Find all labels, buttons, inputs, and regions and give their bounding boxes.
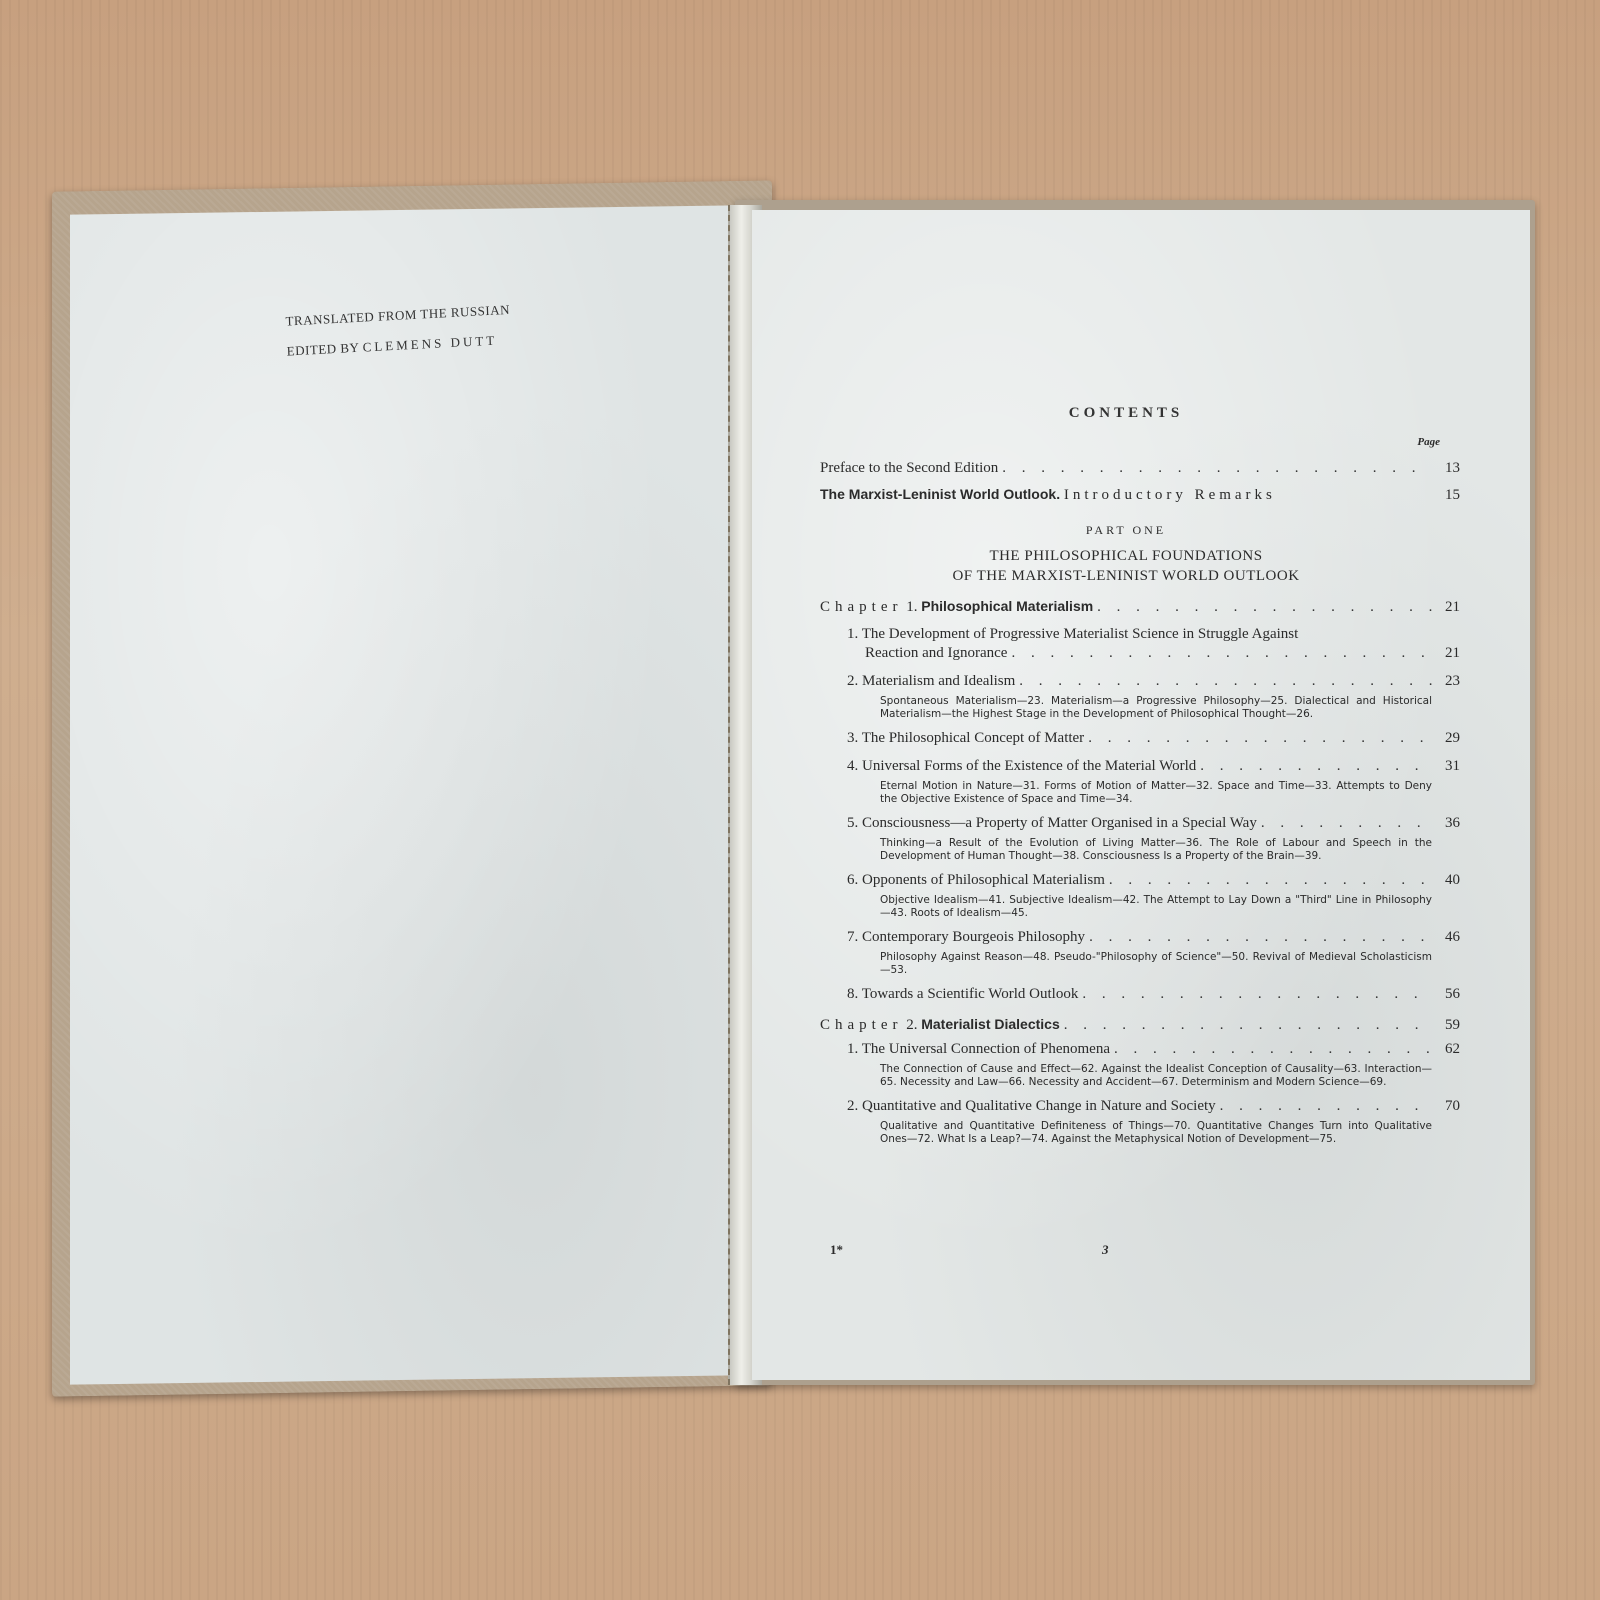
section-title: 5. Consciousness—a Property of Matter Or… bbox=[847, 813, 1257, 833]
section-title-line-2-row: Reaction and Ignorance 21 bbox=[847, 643, 1432, 663]
section-title: 2. Quantitative and Qualitative Change i… bbox=[847, 1096, 1216, 1116]
translation-credit: TRANSLATED FROM THE RUSSIAN EDITED BY CL… bbox=[285, 295, 512, 367]
left-page: TRANSLATED FROM THE RUSSIAN EDITED BY CL… bbox=[70, 205, 735, 1384]
section-page: 56 bbox=[1436, 984, 1460, 1004]
signature-mark: 1* bbox=[830, 1242, 843, 1258]
section-page: 36 bbox=[1436, 813, 1460, 833]
section-subtopics: The Connection of Cause and Effect—62. A… bbox=[847, 1063, 1432, 1088]
section-row: 7. Contemporary Bourgeois Philosophy 46 bbox=[847, 927, 1432, 947]
section-page: 23 bbox=[1436, 671, 1460, 691]
section-row: 8. Towards a Scientific World Outlook 56 bbox=[847, 984, 1432, 1004]
leader-dots bbox=[1261, 813, 1432, 833]
section-title-line-2: Reaction and Ignorance bbox=[865, 643, 1007, 663]
section-title: 2. Materialism and Idealism bbox=[847, 671, 1015, 691]
toc-chapter-1: Chapter 1. Philosophical Materialism 21 bbox=[820, 596, 1432, 617]
entry-page: 15 bbox=[1436, 485, 1460, 505]
entry-title-spaced: Introductory Remarks bbox=[1064, 487, 1276, 503]
right-page-contents: CONTENTS Page Preface to the Second Edit… bbox=[752, 210, 1530, 1380]
section-row: 6. Opponents of Philosophical Materialis… bbox=[847, 870, 1432, 890]
section-page: 62 bbox=[1436, 1039, 1460, 1059]
toc-section: 8. Towards a Scientific World Outlook 56 bbox=[820, 984, 1432, 1004]
edited-by-prefix: EDITED BY bbox=[286, 340, 359, 359]
toc-section: 2. Materialism and Idealism 23 Spontaneo… bbox=[820, 671, 1432, 720]
toc-section: 7. Contemporary Bourgeois Philosophy 46 … bbox=[820, 927, 1432, 976]
toc-entry-preface: Preface to the Second Edition 13 bbox=[820, 458, 1432, 478]
section-page: 46 bbox=[1436, 927, 1460, 947]
section-row: 5. Consciousness—a Property of Matter Or… bbox=[847, 813, 1432, 833]
chapter-name: Materialist Dialectics bbox=[921, 1016, 1060, 1032]
section-subtopics: Eternal Motion in Nature—31. Forms of Mo… bbox=[847, 780, 1432, 805]
page-number: 3 bbox=[1102, 1242, 1109, 1258]
part-title: THE PHILOSOPHICAL FOUNDATIONS OF THE MAR… bbox=[820, 546, 1432, 586]
part-title-line-1: THE PHILOSOPHICAL FOUNDATIONS bbox=[820, 546, 1432, 566]
entry-title: The Marxist-Leninist World Outlook. Intr… bbox=[820, 484, 1276, 505]
leader-dots bbox=[1200, 756, 1432, 776]
leader-dots bbox=[1097, 597, 1432, 617]
section-title: 3. The Philosophical Concept of Matter bbox=[847, 728, 1084, 748]
leader-dots bbox=[1089, 927, 1432, 947]
toc-section: 3. The Philosophical Concept of Matter 2… bbox=[820, 728, 1432, 748]
leader-dots bbox=[1002, 458, 1432, 478]
section-title-line-1: 1. The Development of Progressive Materi… bbox=[847, 625, 1432, 643]
part-label: PART ONE bbox=[820, 523, 1432, 538]
table-of-contents: CONTENTS Page Preface to the Second Edit… bbox=[820, 405, 1432, 1147]
section-title: 4. Universal Forms of the Existence of t… bbox=[847, 756, 1196, 776]
section-page: 21 bbox=[1436, 643, 1460, 663]
section-title-multiline: 1. The Development of Progressive Materi… bbox=[847, 625, 1432, 663]
chapter-word: Chapter bbox=[820, 599, 902, 615]
part-title-line-2: OF THE MARXIST-LENINIST WORLD OUTLOOK bbox=[820, 566, 1432, 586]
section-row: 3. The Philosophical Concept of Matter 2… bbox=[847, 728, 1432, 748]
chapter-page: 59 bbox=[1436, 1015, 1460, 1035]
entry-title: Preface to the Second Edition bbox=[820, 458, 998, 478]
entry-page: 13 bbox=[1436, 458, 1460, 478]
section-subtopics: Spontaneous Materialism—23. Materialism—… bbox=[847, 695, 1432, 720]
leader-dots bbox=[1064, 1015, 1432, 1035]
section-page: 31 bbox=[1436, 756, 1460, 776]
chapter-word: Chapter bbox=[820, 1017, 902, 1033]
section-title: 6. Opponents of Philosophical Materialis… bbox=[847, 870, 1105, 890]
leader-dots bbox=[1114, 1039, 1432, 1059]
toc-section: 4. Universal Forms of the Existence of t… bbox=[820, 756, 1432, 805]
chapter-number: 1. bbox=[906, 599, 917, 615]
section-row: 2. Materialism and Idealism 23 bbox=[847, 671, 1432, 691]
chapter-number: 2. bbox=[906, 1017, 917, 1033]
section-title: 1. The Universal Connection of Phenomena bbox=[847, 1039, 1110, 1059]
section-page: 40 bbox=[1436, 870, 1460, 890]
toc-chapter-2: Chapter 2. Materialist Dialectics 59 bbox=[820, 1014, 1432, 1035]
section-title: 8. Towards a Scientific World Outlook bbox=[847, 984, 1078, 1004]
section-row: 1. The Universal Connection of Phenomena… bbox=[847, 1039, 1432, 1059]
toc-section: 1. The Universal Connection of Phenomena… bbox=[820, 1039, 1432, 1088]
section-subtopics: Objective Idealism—41. Subjective Ideali… bbox=[847, 894, 1432, 919]
toc-section: 6. Opponents of Philosophical Materialis… bbox=[820, 870, 1432, 919]
page-column-label: Page bbox=[820, 436, 1440, 448]
editor-name: CLEMENS DUTT bbox=[362, 333, 497, 355]
section-page: 70 bbox=[1436, 1096, 1460, 1116]
toc-section: 2. Quantitative and Qualitative Change i… bbox=[820, 1096, 1432, 1145]
leader-dots bbox=[1088, 728, 1432, 748]
toc-section: 1. The Development of Progressive Materi… bbox=[820, 625, 1432, 663]
leader-dots bbox=[1082, 984, 1432, 1004]
contents-heading: CONTENTS bbox=[820, 405, 1432, 422]
section-subtopics: Philosophy Against Reason—48. Pseudo-"Ph… bbox=[847, 951, 1432, 976]
section-row: 4. Universal Forms of the Existence of t… bbox=[847, 756, 1432, 776]
entry-title-main: The Marxist-Leninist World Outlook. bbox=[820, 486, 1060, 502]
chapter-name: Philosophical Materialism bbox=[921, 598, 1093, 614]
toc-entry-introduction: The Marxist-Leninist World Outlook. Intr… bbox=[820, 484, 1432, 505]
section-title: 7. Contemporary Bourgeois Philosophy bbox=[847, 927, 1085, 947]
leader-dots bbox=[1109, 870, 1432, 890]
section-row: 2. Quantitative and Qualitative Change i… bbox=[847, 1096, 1432, 1116]
leader-dots bbox=[1220, 1096, 1432, 1116]
leader-dots bbox=[1011, 643, 1432, 663]
toc-section: 5. Consciousness—a Property of Matter Or… bbox=[820, 813, 1432, 862]
chapter-page: 21 bbox=[1436, 597, 1460, 617]
leader-dots bbox=[1019, 671, 1432, 691]
section-page: 29 bbox=[1436, 728, 1460, 748]
section-subtopics: Qualitative and Quantitative Definitenes… bbox=[847, 1120, 1432, 1145]
section-subtopics: Thinking—a Result of the Evolution of Li… bbox=[847, 837, 1432, 862]
